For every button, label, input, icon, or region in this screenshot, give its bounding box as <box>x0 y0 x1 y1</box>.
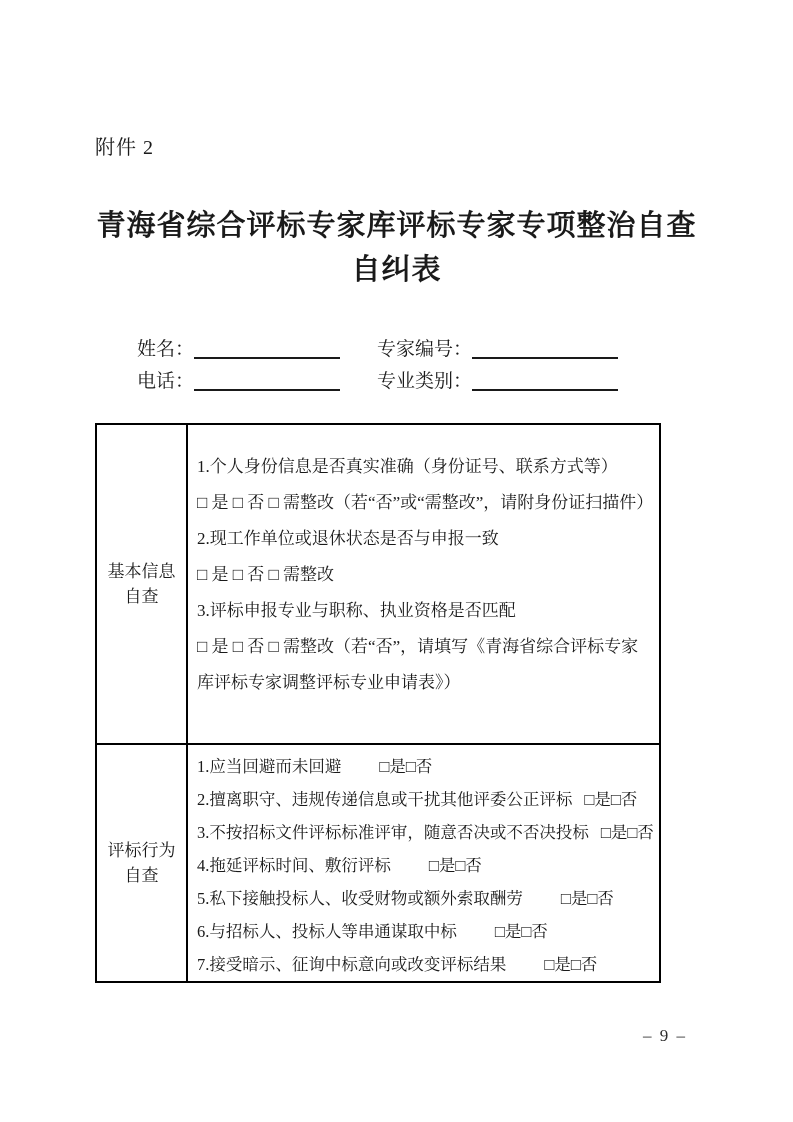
check-item-private-contact: 5.私下接触投标人、收受财物或额外索取酬劳 □是□否 <box>197 882 651 915</box>
yes-no-checkboxes: □是□否 <box>601 816 654 849</box>
yes-no-checkboxes: □是□否 <box>379 750 432 783</box>
section-label-basic-info-line2: 自查 <box>125 584 159 609</box>
check-item-specialty-match: 3.评标申报专业与职称、执业资格是否匹配 <box>197 593 651 629</box>
section-label-basic-info-line1: 基本信息 <box>108 559 176 584</box>
yes-no-checkboxes: □是□否 <box>495 915 548 948</box>
phone-label: 电话： <box>137 366 194 393</box>
check-item-text: 6.与招标人、投标人等串通谋取中标 <box>197 915 457 948</box>
check-item-text: 1.应当回避而未回避 <box>197 750 341 783</box>
name-label: 姓名： <box>137 334 194 361</box>
table-row-behavior: 评标行为 自查 1.应当回避而未回避 □是□否 2.擅离职守、违规传递信息或干扰… <box>97 745 659 981</box>
table-row-basic-info: 基本信息 自查 1.个人身份信息是否真实准确（身份证号、联系方式等） □ 是 □… <box>97 425 659 745</box>
section-label-behavior-line1: 评标行为 <box>108 838 176 863</box>
check-item-hints: 7.接受暗示、征询中标意向或改变评标结果 □是□否 <box>197 948 651 981</box>
check-item-text: 7.接受暗示、征询中标意向或改变评标结果 <box>197 948 506 981</box>
phone-blank <box>194 366 340 391</box>
yes-no-checkboxes: □是□否 <box>544 948 597 981</box>
behavior-items: 1.应当回避而未回避 □是□否 2.擅离职守、违规传递信息或干扰其他评委公正评标… <box>188 745 659 981</box>
check-item-text: 3.不按招标文件评标标准评审，随意否决或不否决投标 <box>197 816 589 849</box>
specialty-blank <box>472 366 618 391</box>
check-item-text: 2.擅离职守、违规传递信息或干扰其他评委公正评标 <box>197 783 572 816</box>
check-item-employer: 2.现工作单位或退休状态是否与申报一致 <box>197 521 651 557</box>
document-title: 青海省综合评标专家库评标专家专项整治自查 自纠表 <box>0 204 793 292</box>
basic-info-items: 1.个人身份信息是否真实准确（身份证号、联系方式等） □ 是 □ 否 □ 需整改… <box>188 425 659 743</box>
checkbox-options-specialty-match: □ 是 □ 否 □ 需整改（若“否”，请填写《青海省综合评标专家库评标专家调整评… <box>197 629 651 701</box>
yes-no-checkboxes: □是□否 <box>429 849 482 882</box>
check-item-text: 5.私下接触投标人、收受财物或额外索取酬劳 <box>197 882 523 915</box>
name-blank <box>194 334 340 359</box>
expert-number-label: 专家编号： <box>377 334 472 361</box>
document-title-line-2: 自纠表 <box>0 248 793 292</box>
check-item-text: 4.拖延评标时间、敷衍评标 <box>197 849 391 882</box>
check-item-criteria: 3.不按招标文件评标标准评审，随意否决或不否决投标 □是□否 <box>197 816 651 849</box>
check-item-leaving-post: 2.擅离职守、违规传递信息或干扰其他评委公正评标 □是□否 <box>197 783 651 816</box>
document-title-line-1: 青海省综合评标专家库评标专家专项整治自查 <box>0 204 793 248</box>
expert-number-blank <box>472 334 618 359</box>
document-page: 附件 2 青海省综合评标专家库评标专家专项整治自查 自纠表 姓名： 专家编号： … <box>0 0 793 1122</box>
checkbox-options-identity: □ 是 □ 否 □ 需整改（若“否”或“需整改”，请附身份证扫描件） <box>197 485 651 521</box>
section-label-behavior-line2: 自查 <box>125 863 159 888</box>
page-number: – 9 – <box>643 1026 687 1046</box>
section-label-behavior: 评标行为 自查 <box>97 745 188 981</box>
check-item-collusion: 6.与招标人、投标人等串通谋取中标 □是□否 <box>197 915 651 948</box>
self-check-table: 基本信息 自查 1.个人身份信息是否真实准确（身份证号、联系方式等） □ 是 □… <box>95 423 661 983</box>
yes-no-checkboxes: □是□否 <box>561 882 614 915</box>
specialty-label: 专业类别： <box>377 366 472 393</box>
section-label-basic-info: 基本信息 自查 <box>97 425 188 743</box>
yes-no-checkboxes: □是□否 <box>584 783 637 816</box>
check-item-delay: 4.拖延评标时间、敷衍评标 □是□否 <box>197 849 651 882</box>
check-item-identity: 1.个人身份信息是否真实准确（身份证号、联系方式等） <box>197 449 651 485</box>
checkbox-options-employer: □ 是 □ 否 □ 需整改 <box>197 557 651 593</box>
check-item-recusal: 1.应当回避而未回避 □是□否 <box>197 750 651 783</box>
attachment-label: 附件 2 <box>95 131 154 160</box>
